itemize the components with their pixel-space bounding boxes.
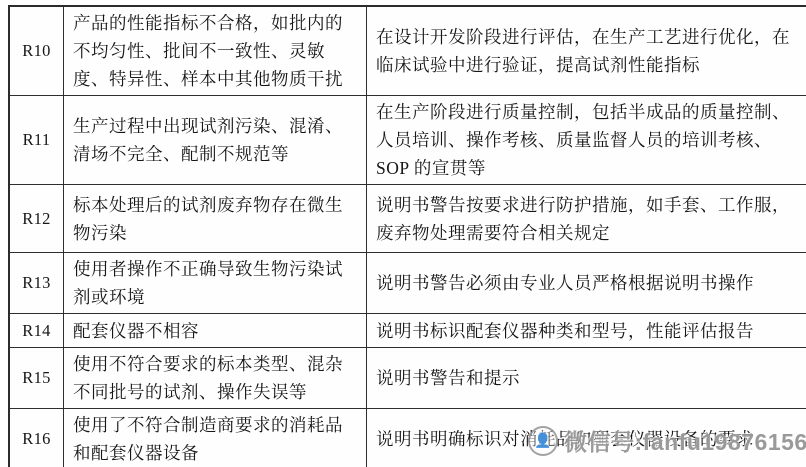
risk-id-cell: R11 bbox=[10, 96, 64, 184]
table-row: R16 使用了不符合制造商要求的消耗品和配套仪器设备 说明书明确标识对消耗品和配… bbox=[10, 409, 806, 467]
risk-description-text: 使用不符合要求的标本类型、混杂不同批号的试剂、操作失误等 bbox=[73, 350, 357, 406]
control-measure-text: 说明书警告和提示 bbox=[376, 364, 520, 392]
risk-description-cell: 标本处理后的试剂废弃物存在微生物污染 bbox=[64, 185, 367, 252]
table-row: R13 使用者操作不正确导致生物污染试剂或环境 说明书警告必须由专业人员严格根据… bbox=[10, 253, 806, 314]
risk-description-cell: 使用不符合要求的标本类型、混杂不同批号的试剂、操作失误等 bbox=[64, 348, 367, 408]
risk-description-cell: 使用者操作不正确导致生物污染试剂或环境 bbox=[64, 253, 367, 313]
table-row: R14 配套仪器不相容 说明书标识配套仪器种类和型号，性能评估报告 bbox=[10, 314, 806, 348]
risk-description-text: 标本处理后的试剂废弃物存在微生物污染 bbox=[73, 191, 357, 247]
risk-control-table: R10 产品的性能指标不合格，如批内的不均匀性、批间不一致性、灵敏度、特异性、样… bbox=[8, 5, 806, 467]
control-measure-cell: 在生产阶段进行质量控制，包括半成品的质量控制、人员培训、操作考核、质量监督人员的… bbox=[367, 96, 806, 184]
risk-id-cell: R16 bbox=[10, 409, 64, 467]
control-measure-cell: 说明书警告必须由专业人员严格根据说明书操作 bbox=[367, 253, 806, 313]
control-measure-cell: 说明书明确标识对消耗品和配套仪器设备的要求 bbox=[367, 409, 806, 467]
control-measure-cell: 在设计开发阶段进行评估，在生产工艺进行优化，在临床试验中进行验证，提高试剂性能指… bbox=[367, 7, 806, 95]
risk-description-cell: 产品的性能指标不合格，如批内的不均匀性、批间不一致性、灵敏度、特异性、样本中其他… bbox=[64, 7, 367, 95]
control-measure-text: 在生产阶段进行质量控制，包括半成品的质量控制、人员培训、操作考核、质量监督人员的… bbox=[376, 98, 805, 182]
risk-id-cell: R10 bbox=[10, 7, 64, 95]
risk-description-text: 使用者操作不正确导致生物污染试剂或环境 bbox=[73, 255, 357, 311]
table-row: R10 产品的性能指标不合格，如批内的不均匀性、批间不一致性、灵敏度、特异性、样… bbox=[10, 7, 806, 96]
risk-description-text: 配套仪器不相容 bbox=[73, 317, 199, 345]
control-measure-text: 说明书标识配套仪器种类和型号，性能评估报告 bbox=[376, 317, 754, 345]
risk-description-cell: 使用了不符合制造商要求的消耗品和配套仪器设备 bbox=[64, 409, 367, 467]
control-measure-text: 说明书警告必须由专业人员严格根据说明书操作 bbox=[376, 269, 754, 297]
risk-id-cell: R14 bbox=[10, 314, 64, 347]
control-measure-cell: 说明书警告和提示 bbox=[367, 348, 806, 408]
table-row: R15 使用不符合要求的标本类型、混杂不同批号的试剂、操作失误等 说明书警告和提… bbox=[10, 348, 806, 409]
table-row: R11 生产过程中出现试剂污染、混淆、清场不完全、配制不规范等 在生产阶段进行质… bbox=[10, 96, 806, 185]
risk-id-cell: R12 bbox=[10, 185, 64, 252]
risk-description-text: 生产过程中出现试剂污染、混淆、清场不完全、配制不规范等 bbox=[73, 112, 357, 168]
risk-id-cell: R15 bbox=[10, 348, 64, 408]
control-measure-cell: 说明书标识配套仪器种类和型号，性能评估报告 bbox=[367, 314, 806, 347]
control-measure-text: 说明书明确标识对消耗品和配套仪器设备的要求 bbox=[376, 425, 754, 453]
control-measure-text: 说明书警告按要求进行防护措施，如手套、工作服，废弃物处理需要符合相关规定 bbox=[376, 191, 805, 247]
risk-description-cell: 生产过程中出现试剂污染、混淆、清场不完全、配制不规范等 bbox=[64, 96, 367, 184]
scanned-document-page: R10 产品的性能指标不合格，如批内的不均匀性、批间不一致性、灵敏度、特异性、样… bbox=[0, 0, 806, 467]
risk-description-cell: 配套仪器不相容 bbox=[64, 314, 367, 347]
table-row: R12 标本处理后的试剂废弃物存在微生物污染 说明书警告按要求进行防护措施，如手… bbox=[10, 185, 806, 253]
risk-id-cell: R13 bbox=[10, 253, 64, 313]
control-measure-cell: 说明书警告按要求进行防护措施，如手套、工作服，废弃物处理需要符合相关规定 bbox=[367, 185, 806, 252]
risk-description-text: 产品的性能指标不合格，如批内的不均匀性、批间不一致性、灵敏度、特异性、样本中其他… bbox=[73, 9, 357, 93]
risk-description-text: 使用了不符合制造商要求的消耗品和配套仪器设备 bbox=[73, 411, 357, 467]
control-measure-text: 在设计开发阶段进行评估，在生产工艺进行优化，在临床试验中进行验证，提高试剂性能指… bbox=[376, 23, 805, 79]
